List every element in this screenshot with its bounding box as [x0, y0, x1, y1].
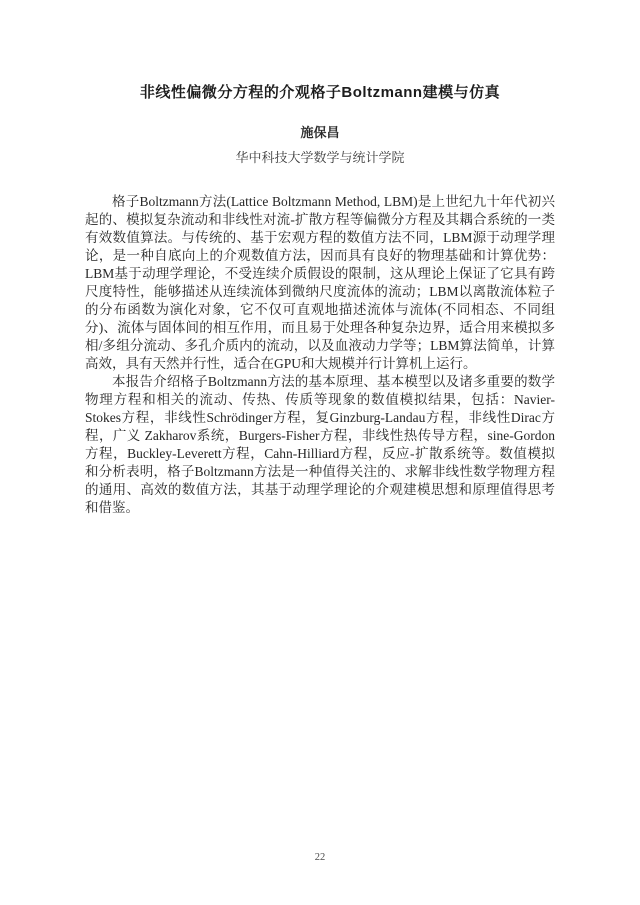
abstract-paragraph-1: 格子Boltzmann方法(Lattice Boltzmann Method, …: [85, 193, 555, 373]
page-title: 非线性偏微分方程的介观格子Boltzmann建模与仿真: [0, 0, 640, 103]
author-affiliation: 华中科技大学数学与统计学院: [0, 141, 640, 166]
author-name: 施保昌: [0, 103, 640, 141]
abstract-paragraph-2: 本报告介绍格子Boltzmann方法的基本原理、基本模型以及诸多重要的数学物理方…: [85, 373, 555, 517]
abstract-body: 格子Boltzmann方法(Lattice Boltzmann Method, …: [85, 193, 555, 517]
document-page: 非线性偏微分方程的介观格子Boltzmann建模与仿真 施保昌 华中科技大学数学…: [0, 0, 640, 905]
page-number: 22: [0, 852, 640, 863]
